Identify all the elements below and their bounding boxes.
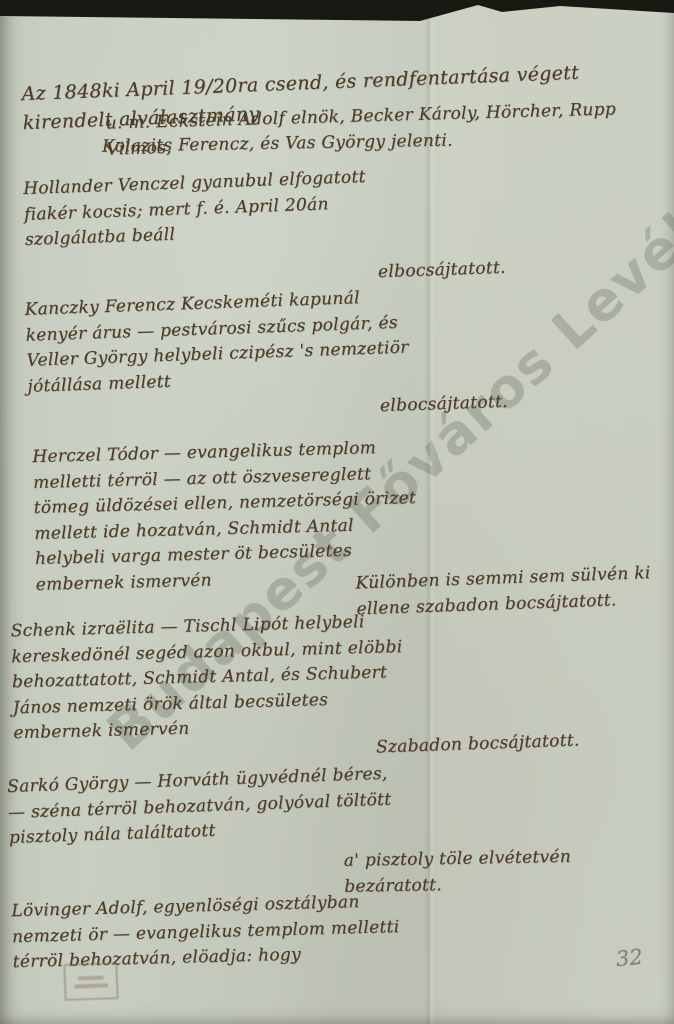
entry-1-case: Hollander Venczel gyanubul elfogatott fi… <box>23 163 425 253</box>
entry-5-case: Sarkó György — Horváth ügyvédnél béres, … <box>7 761 411 851</box>
archive-stamp <box>63 962 118 1001</box>
entry-2-case: Kanczky Ferencz Kecskeméti kapunál kenyé… <box>24 284 419 400</box>
entry-2-resolution: elbocsájtatott. <box>380 390 509 420</box>
stamp-text-line <box>78 975 104 980</box>
manuscript-scan-page: Budapest Főváros Levéltára Az 1848ki Apr… <box>0 0 674 1024</box>
stamp-text-line <box>74 983 108 988</box>
entry-4-case: Schenk izraëlita — Tischl Lipót helybeli… <box>10 609 417 747</box>
entry-1-resolution: elbocsájtatott. <box>378 256 507 286</box>
pencil-page-number: 32 <box>615 945 644 972</box>
